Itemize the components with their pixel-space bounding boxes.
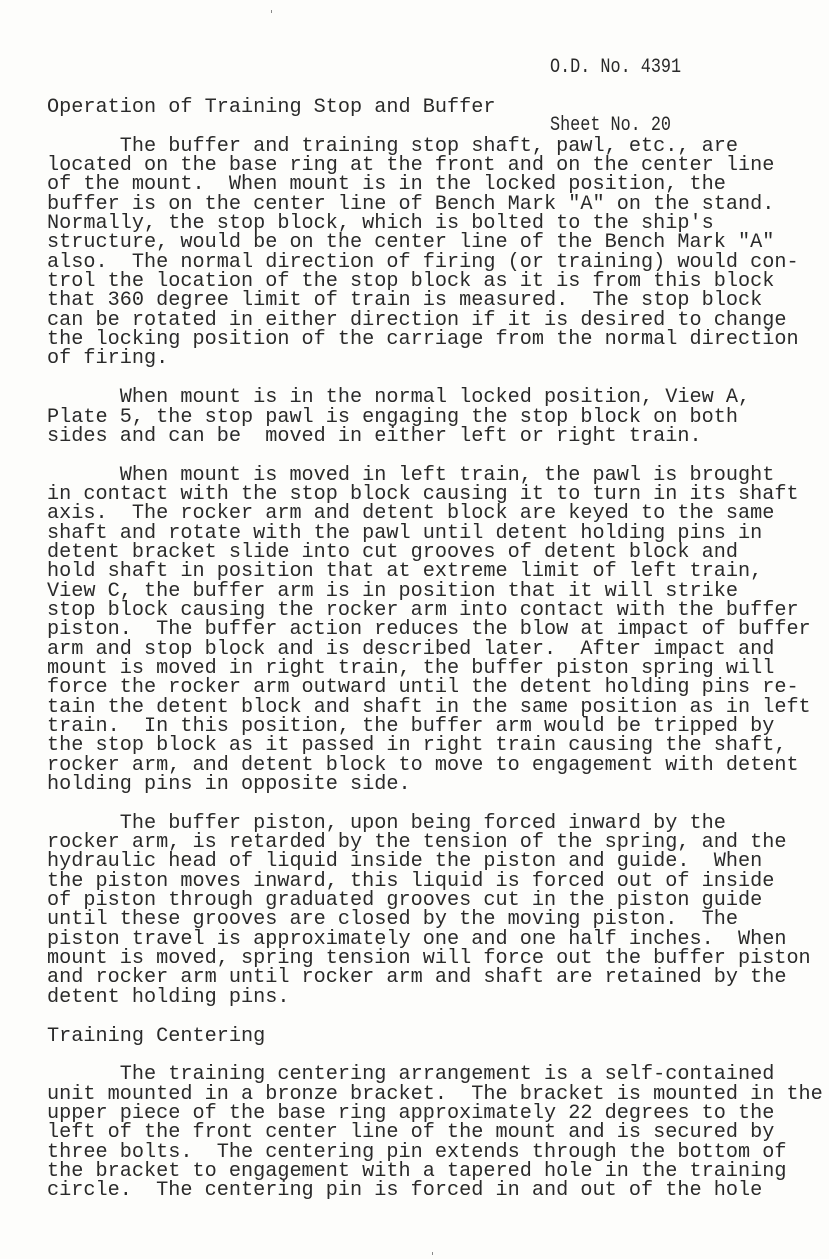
paragraph-line: When mount is moved in left train, the p… xyxy=(47,466,823,485)
paragraph-line: hold shaft in position that at extreme l… xyxy=(47,562,823,581)
paragraph-line: that 360 degree limit of train is measur… xyxy=(47,291,823,310)
paragraph-line: structure, would be on the center line o… xyxy=(47,233,823,252)
paragraph-line: shaft and rotate with the pawl until det… xyxy=(47,524,823,543)
paragraph-line: sides and can be moved in either left or… xyxy=(47,427,823,446)
paragraph: The buffer and training stop shaft, pawl… xyxy=(47,137,823,369)
paragraph-line: the stop block as it passed in right tra… xyxy=(47,736,823,755)
paragraph: When mount is in the normal locked posit… xyxy=(47,388,823,446)
spacer xyxy=(47,446,823,465)
spacer xyxy=(47,117,823,136)
od-number: O.D. No. 4391 xyxy=(550,58,681,77)
scan-speck xyxy=(432,1252,433,1255)
paragraph-line: and rocker arm until rocker arm and shaf… xyxy=(47,968,823,987)
paragraph-line: When mount is in the normal locked posit… xyxy=(47,388,823,407)
document-page: O.D. No. 4391 Sheet No. 20 Operation of … xyxy=(0,0,829,1259)
paragraph: The training centering arrangement is a … xyxy=(47,1065,823,1200)
scan-speck xyxy=(271,10,272,13)
paragraph-line: holding pins in opposite side. xyxy=(47,775,823,794)
paragraph-line: of the mount. When mount is in the locke… xyxy=(47,175,823,194)
paragraph-line: Plate 5, the stop pawl is engaging the s… xyxy=(47,408,823,427)
spacer xyxy=(47,794,823,813)
paragraph-line: detent holding pins. xyxy=(47,988,823,1007)
paragraph-line: axis. The rocker arm and detent block ar… xyxy=(47,504,823,523)
paragraph-line: circle. The centering pin is forced in a… xyxy=(47,1181,823,1200)
paragraph: The buffer piston, upon being forced inw… xyxy=(47,814,823,1007)
paragraph-line: left of the front center line of the mou… xyxy=(47,1123,823,1142)
paragraph-line: until these grooves are closed by the mo… xyxy=(47,910,823,929)
spacer xyxy=(47,1007,823,1026)
section-heading: Operation of Training Stop and Buffer xyxy=(47,98,823,117)
paragraph-line: of firing. xyxy=(47,349,823,368)
paragraph-line: three bolts. The centering pin extends t… xyxy=(47,1143,823,1162)
section-heading: Training Centering xyxy=(47,1027,823,1046)
paragraph-line: piston. The buffer action reduces the bl… xyxy=(47,620,823,639)
document-body: Operation of Training Stop and Buffer Th… xyxy=(47,98,823,1201)
paragraph-line: The training centering arrangement is a … xyxy=(47,1065,823,1084)
paragraph-line: unit mounted in a bronze bracket. The br… xyxy=(47,1085,823,1104)
paragraph: When mount is moved in left train, the p… xyxy=(47,466,823,795)
paragraph-line: force the rocker arm outward until the d… xyxy=(47,678,823,697)
paragraph-line: hydraulic head of liquid inside the pist… xyxy=(47,852,823,871)
